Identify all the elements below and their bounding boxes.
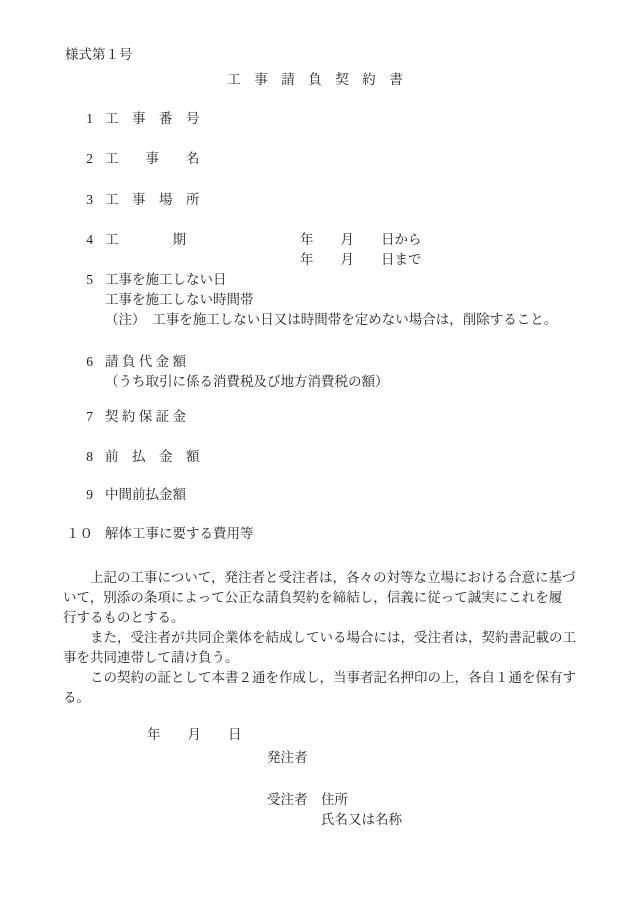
item-label: 工事を施工しない日: [105, 270, 227, 290]
item-label: 工 事 番 号: [105, 109, 200, 129]
form-number: 様式第１号: [65, 45, 133, 65]
contractor-block: 受注者 住所 氏名又は名称: [267, 790, 402, 830]
item-label: 工 事 場 所: [105, 190, 200, 210]
non-work-hours-line: 工事を施工しない時間帯: [105, 290, 254, 310]
item-number: 7: [63, 407, 93, 427]
item-number: 9: [63, 485, 93, 505]
item-label: 解体工事に要する費用等: [105, 524, 254, 544]
contract-document-page: 様式第１号 工 事 請 負 契 約 書 1 工 事 番 号 2 工 事 名 3 …: [0, 0, 630, 903]
item-number: 3: [63, 190, 93, 210]
document-title: 工 事 請 負 契 約 書: [0, 70, 630, 90]
item-label: 前 払 金 額: [105, 447, 200, 467]
item-number: 5: [63, 270, 93, 290]
body-text: 上記の工事について，発注者と受注者は，各々の対等な立場における合意に基づ いて，…: [63, 568, 576, 708]
item-number: 2: [63, 149, 93, 169]
item-label: 中間前払金額: [105, 485, 186, 505]
item-label: 工 期: [105, 230, 186, 250]
note-line: （注） 工事を施工しない日又は時間帯を定めない場合は，削除すること。: [105, 310, 557, 330]
item-number: 4: [63, 230, 93, 250]
orderer-label: 発注者: [267, 748, 308, 768]
item-number: １０: [63, 524, 93, 544]
item-number: 1: [63, 109, 93, 129]
item-number: 8: [63, 447, 93, 467]
period-to-line: 年 月 日まで: [300, 250, 422, 270]
item-label: 契 約 保 証 金: [105, 407, 186, 427]
item-label: 工 事 名: [105, 149, 200, 169]
period-from-line: 年 月 日から: [300, 230, 422, 250]
item-label: 請 負 代 金 額: [105, 352, 186, 372]
date-line: 年 月 日: [147, 725, 242, 745]
item-number: 6: [63, 352, 93, 372]
consumption-tax-line: （うち取引に係る消費税及び地方消費税の額）: [105, 372, 389, 392]
